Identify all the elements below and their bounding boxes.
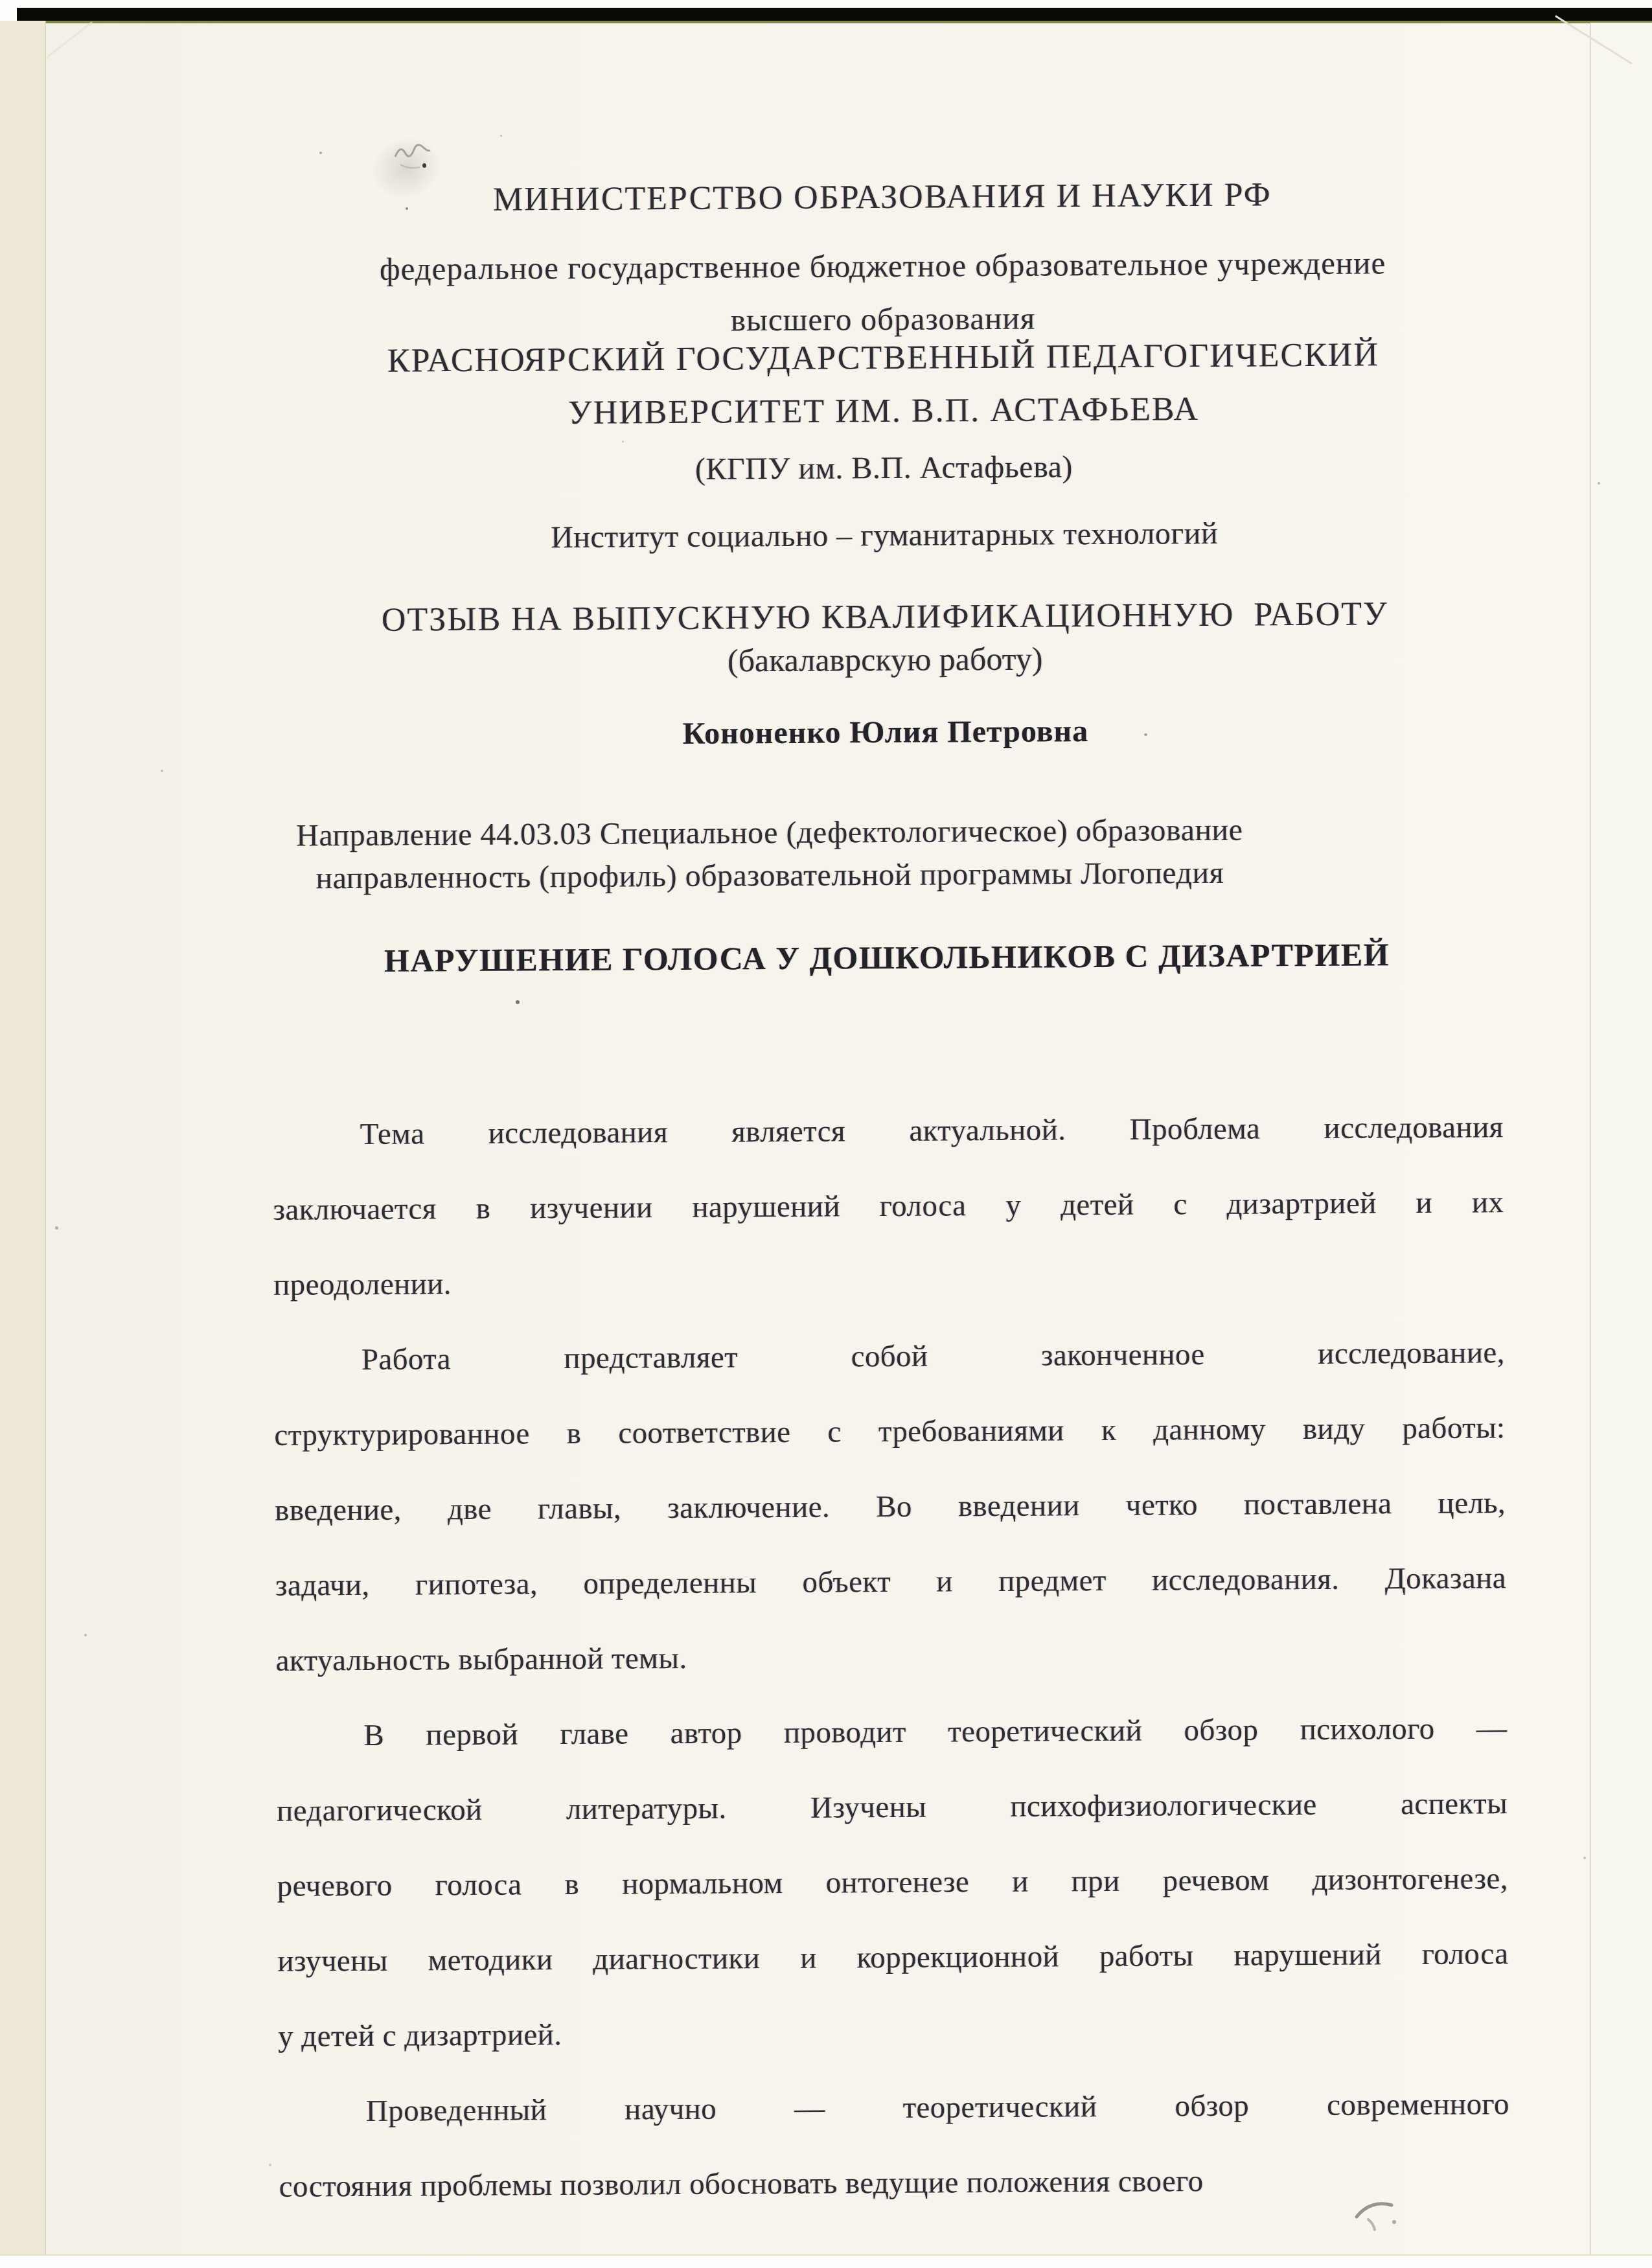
university-line-2: УНИВЕРСИТЕТ ИМ. В.П. АСТАФЬЕВА [268,389,1499,434]
review-subtitle: (бакалаврскую работу) [270,637,1500,682]
scan-speck [55,1226,58,1230]
scan-speck [1144,733,1147,736]
scan-speck [269,2164,271,2166]
pencil-squiggle-mark [387,135,439,183]
scan-speck [319,152,322,154]
body-line: заключается в изучении нарушений голоса … [273,1165,1504,1248]
body-line: изучены методики диагностики и коррекцио… [277,1916,1509,1999]
stray-dot [516,1000,520,1004]
direction-line-1: Направление 44.03.03 Специальное (дефект… [154,812,1385,854]
body-line: педагогической литературы. Изучены психо… [277,1766,1508,1849]
body-line: Тема исследования является актуальной. П… [272,1090,1504,1173]
review-title: ОТЗЫВ НА ВЫПУСКНУЮ КВАЛИФИКАЦИОННУЮ РАБО… [270,595,1500,640]
scanned-document-page: МИНИСТЕРСТВО ОБРАЗОВАНИЯ И НАУКИ РФ феде… [0,0,1652,2268]
body-line: введение, две главы, заключение. Во введ… [275,1465,1506,1548]
body-line: состояния проблемы позволил обосновать в… [279,2142,1510,2225]
ministry-line: МИНИСТЕРСТВО ОБРАЗОВАНИЯ И НАУКИ РФ [267,175,1498,220]
scan-speck [161,770,163,772]
pen-check-mark [1353,2194,1401,2234]
body-line: задачи, гипотеза, определенны объект и п… [275,1541,1507,1623]
body-line: Проведенный научно — теоретический обзор… [279,2067,1510,2149]
university-abbr: (КГПУ им. В.П. Астафьева) [268,447,1499,489]
body-line: преодолении. [273,1240,1505,1323]
ink-dot [422,163,426,168]
scan-speck [1583,1857,1586,1859]
direction-line-2: направленность (профиль) образовательной… [154,854,1385,897]
body-line: В первой главе автор проводит теоретичес… [276,1691,1508,1774]
ink-dot [406,207,408,210]
paper-right-edge [1591,23,1652,2254]
review-body: Тема исследования является актуальной. П… [272,1090,1510,2225]
scan-speck [84,1634,87,1636]
scan-speck [622,441,624,442]
scan-speck [500,135,502,137]
body-line: у детей с дизартрией. [278,1991,1509,2074]
author-name: Кононенко Юлия Петровна [270,711,1501,753]
institution-line-1: федеральное государственное бюджетное об… [267,245,1498,288]
body-line: речевого голоса в нормальном онтогенезе … [277,1841,1508,1924]
scan-speck [1598,482,1600,485]
paper-left-crease [45,21,46,2254]
stray-dot [1158,615,1162,619]
thesis-title: НАРУШЕНИЕ ГОЛОСА У ДОШКОЛЬНИКОВ С ДИЗАРТ… [271,935,1502,979]
body-line: актуальность выбранной темы. [275,1616,1507,1699]
paper-left-edge [0,21,45,2254]
document-content: МИНИСТЕРСТВО ОБРАЗОВАНИЯ И НАУКИ РФ феде… [266,0,1510,2268]
institution-line-2: высшего образования [268,298,1498,341]
body-line: Работа представляет собой законченное ис… [273,1315,1505,1398]
institute-line: Институт социально – гуманитарных технол… [269,514,1500,556]
body-line: структурированное в соответствие с требо… [274,1390,1506,1473]
paper-right-crease [1590,23,1591,2254]
university-line-1: КРАСНОЯРСКИЙ ГОСУДАРСТВЕННЫЙ ПЕДАГОГИЧЕС… [268,336,1498,381]
